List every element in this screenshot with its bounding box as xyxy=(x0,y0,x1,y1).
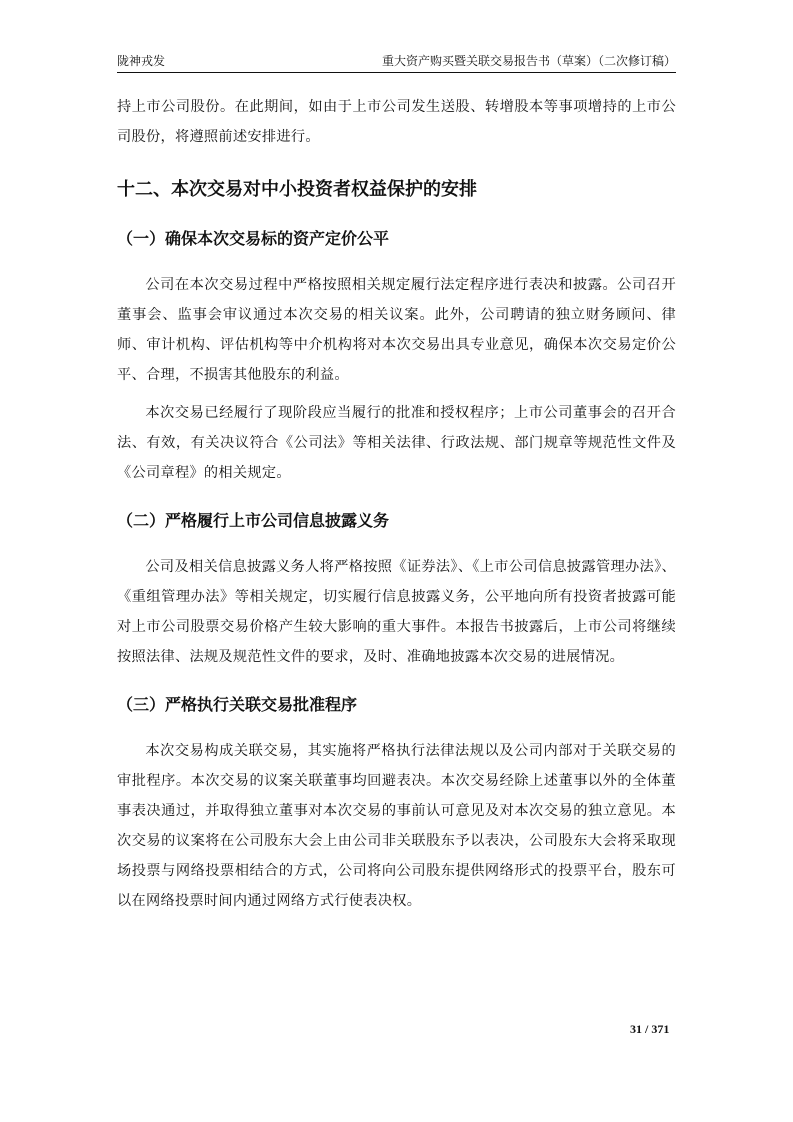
page-content: 持上市公司股份。在此期间，如由于上市公司发生送股、转增股本等事项增持的上市公司股… xyxy=(117,92,676,916)
paragraph: 本次交易构成关联交易，其实施将严格执行法律法规以及公司内部对于关联交易的审批程序… xyxy=(117,736,676,916)
header-company-name: 陇神戎发 xyxy=(117,52,165,69)
page-number: 31 / 371 xyxy=(630,1022,669,1037)
header-document-title: 重大资产购买暨关联交易报告书（草案）（二次修订稿） xyxy=(382,52,676,69)
paragraph: 公司及相关信息披露义务人将严格按照《证券法》、《上市公司信息披露管理办法》、《重… xyxy=(117,552,676,672)
page-header: 陇神戎发 重大资产购买暨关联交易报告书（草案）（二次修订稿） xyxy=(117,52,676,73)
subsection-title-1: （一）确保本次交易标的资产定价公平 xyxy=(117,226,676,252)
intro-paragraph: 持上市公司股份。在此期间，如由于上市公司发生送股、转增股本等事项增持的上市公司股… xyxy=(117,92,676,152)
subsection-title-3: （三）严格执行关联交易批准程序 xyxy=(117,692,676,718)
section-title: 十二、本次交易对中小投资者权益保护的安排 xyxy=(117,176,676,204)
paragraph: 公司在本次交易过程中严格按照相关规定履行法定程序进行表决和披露。公司召开董事会、… xyxy=(117,270,676,390)
subsection-title-2: （二）严格履行上市公司信息披露义务 xyxy=(117,508,676,534)
paragraph: 本次交易已经履行了现阶段应当履行的批准和授权程序；上市公司董事会的召开合法、有效… xyxy=(117,398,676,488)
